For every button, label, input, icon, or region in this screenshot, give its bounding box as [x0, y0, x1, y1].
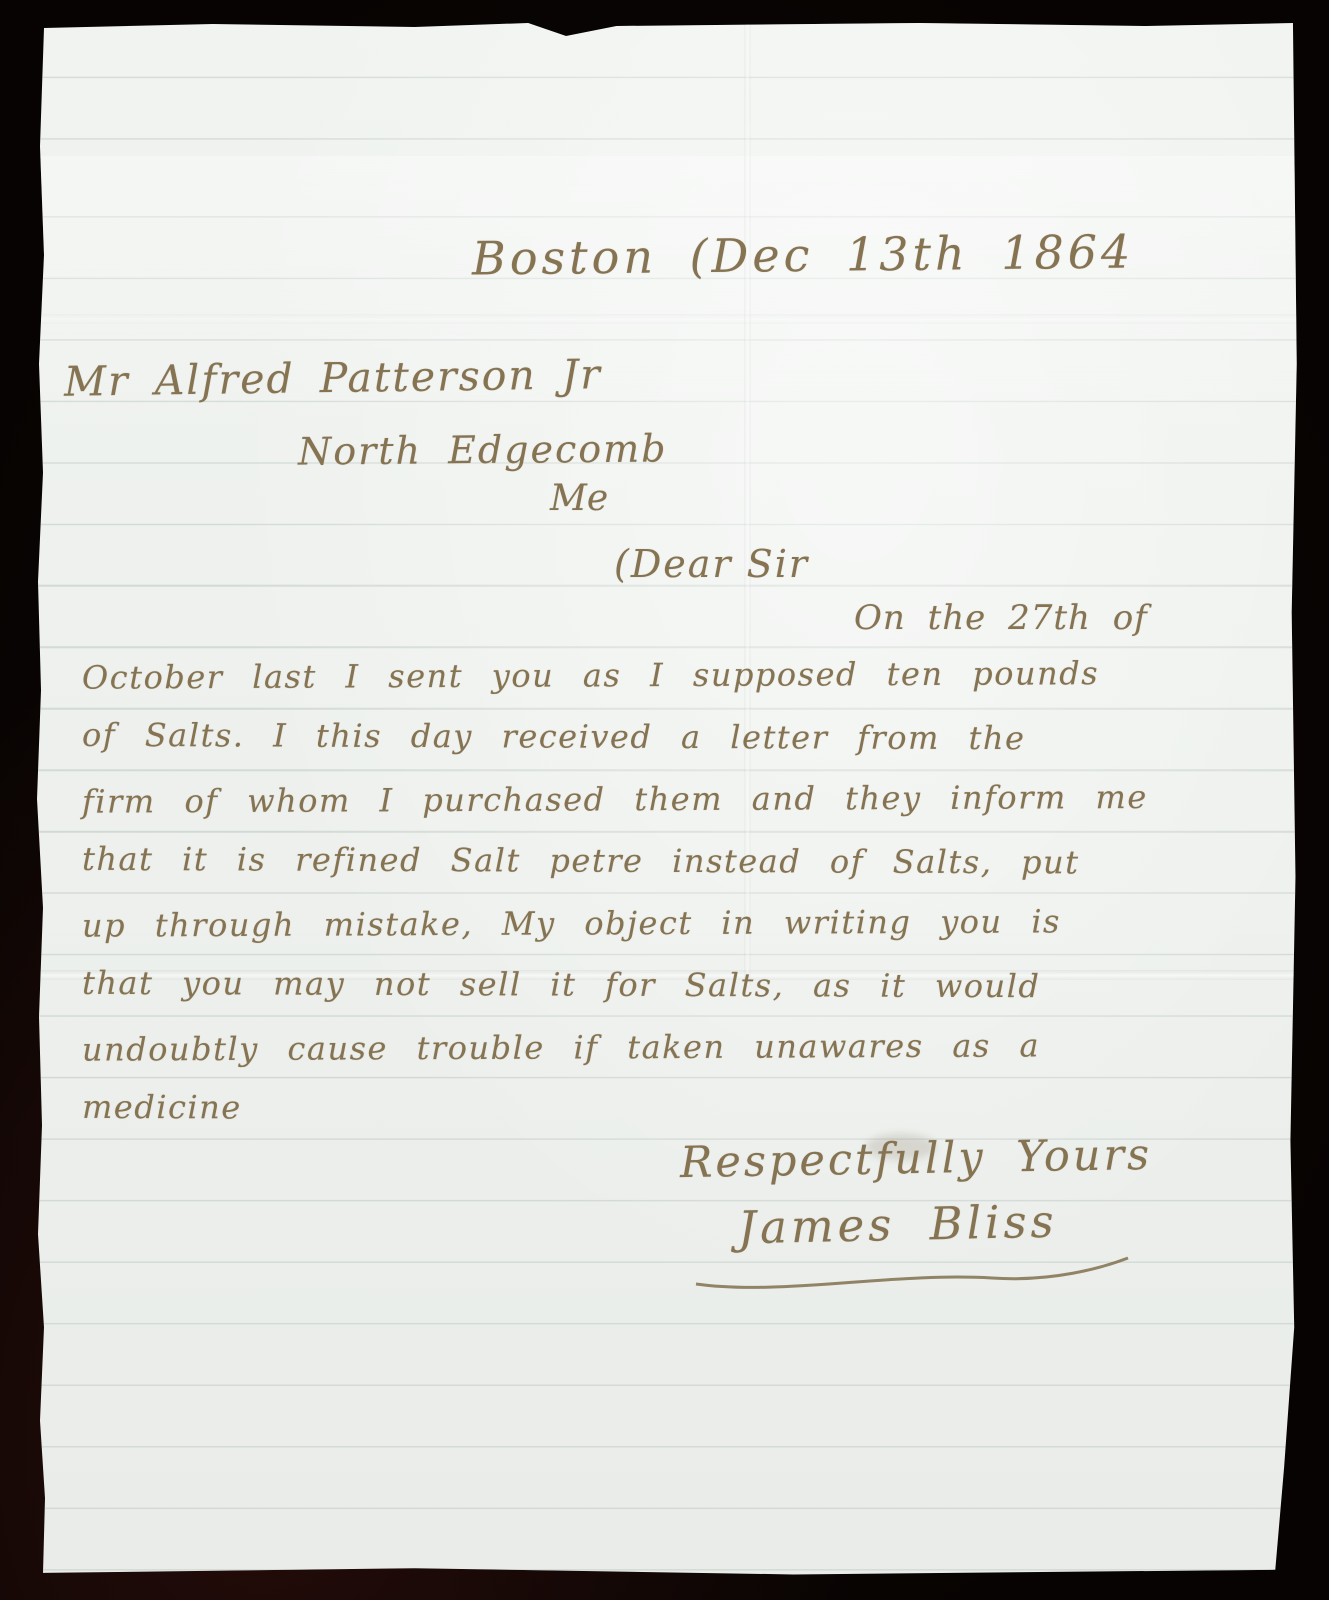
letter-body: October last I sent you as I supposed te… — [82, 644, 1294, 1140]
body-opening-line: On the 27th of — [854, 598, 1148, 638]
fold-crease-top — [36, 314, 1298, 324]
body-line: firm of whom I purchased them and they i… — [82, 765, 1294, 832]
body-line: of Salts. I this day received a letter f… — [82, 704, 1294, 770]
body-line: undoubtly cause trouble if taken unaware… — [82, 1013, 1294, 1080]
recipient-city: North Edgecomb — [298, 426, 668, 473]
dateline: Boston (Dec 13th 1864 — [472, 225, 1135, 286]
body-line: up through mistake, My object in writing… — [82, 889, 1294, 956]
recipient-state: Me — [550, 478, 608, 519]
signature-flourish — [692, 1254, 1132, 1296]
body-line: that it is refined Salt petre instead of… — [82, 828, 1294, 894]
signature: James Bliss — [737, 1195, 1058, 1255]
body-line: that you may not sell it for Salts, as i… — [82, 952, 1294, 1018]
recipient-name: Mr Alfred Patterson Jr — [64, 350, 602, 406]
body-line: October last I sent you as I supposed te… — [82, 641, 1294, 708]
salutation: (Dear Sir — [614, 542, 809, 586]
letter-paper: Boston (Dec 13th 1864 Mr Alfred Patterso… — [36, 22, 1298, 1576]
closing: Respectfully Yours — [680, 1130, 1153, 1188]
